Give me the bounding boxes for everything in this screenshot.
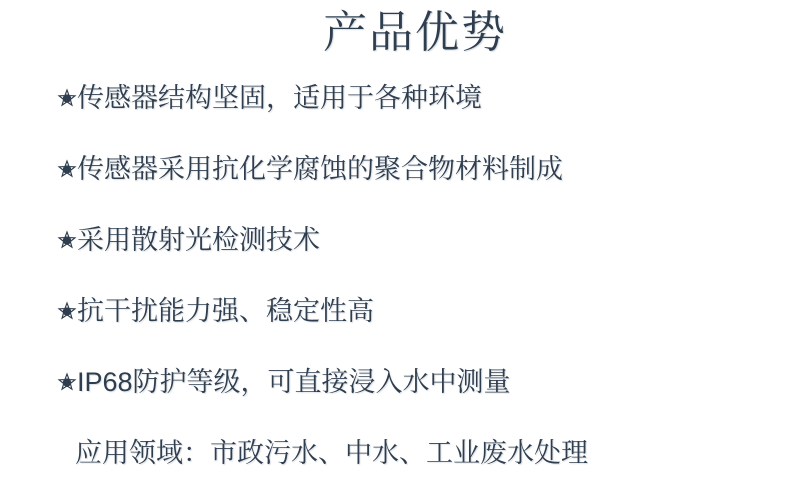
list-item: 传感器采用抗化学腐蚀的聚合物材料制成 (57, 155, 790, 183)
list-item: 采用散射光检测技术 (57, 226, 790, 254)
application-areas-line: 应用领域：市政污水、中水、工业废水处理 (0, 439, 790, 467)
list-item-text: 采用散射光检测技术 (77, 226, 320, 254)
product-advantages-slide: 产品优势 传感器结构坚固，适用于各种环境 传感器采用抗化学腐蚀的聚合物材料制成 (0, 0, 790, 480)
page-title: 产品优势 (0, 0, 790, 60)
list-item-text: 传感器采用抗化学腐蚀的聚合物材料制成 (77, 155, 563, 183)
star-with-dot-icon (57, 87, 77, 109)
advantages-list: 传感器结构坚固，适用于各种环境 传感器采用抗化学腐蚀的聚合物材料制成 采用散射光… (0, 84, 790, 396)
list-item-text: 传感器结构坚固，适用于各种环境 (77, 84, 482, 112)
list-item-text: IP68防护等级，可直接浸入水中测量 (77, 368, 511, 396)
list-item: 抗干扰能力强、稳定性高 (57, 297, 790, 325)
star-with-dot-icon (57, 300, 77, 322)
list-item: IP68防护等级，可直接浸入水中测量 (57, 368, 790, 396)
star-with-dot-icon (57, 158, 77, 180)
star-with-dot-icon (57, 371, 77, 393)
list-item-text: 抗干扰能力强、稳定性高 (77, 297, 374, 325)
star-with-dot-icon (57, 229, 77, 251)
list-item: 传感器结构坚固，适用于各种环境 (57, 84, 790, 112)
